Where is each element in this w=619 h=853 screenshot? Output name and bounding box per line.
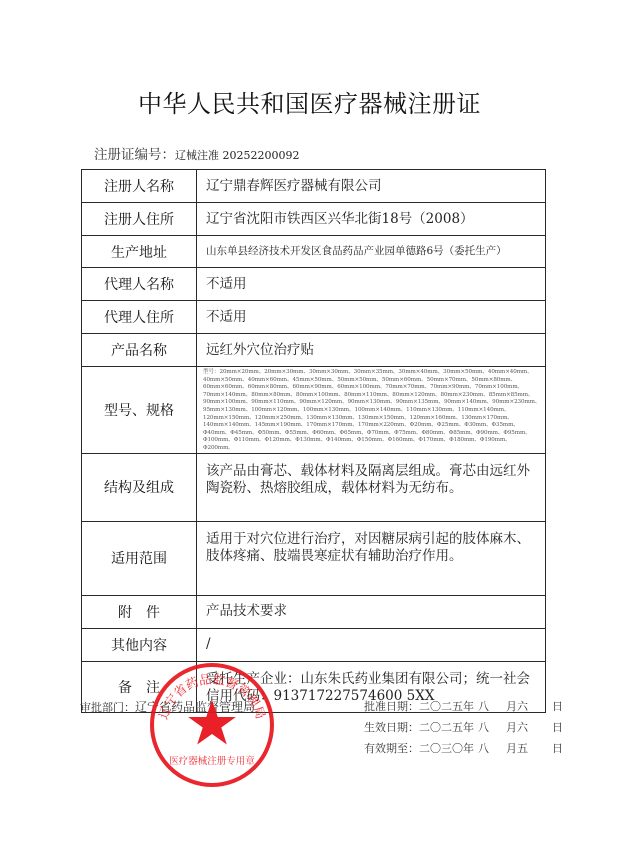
table-row: 注册人住所 辽宁省沈阳市铁西区兴华北街18号（2008） <box>82 203 546 236</box>
table-row: 适用范围 适用于对穴位进行治疗，对因糖尿病引起的肢体麻木、肢体疼痛、肢端畏寒症状… <box>82 521 546 595</box>
field-value: 该产品由膏芯、载体材料及隔离层组成。膏芯由远红外陶瓷粉、热熔胶组成，载体材料为无… <box>197 453 546 521</box>
certificate-table: 注册人名称 辽宁鼎春辉医疗器械有限公司 注册人住所 辽宁省沈阳市铁西区兴华北街1… <box>81 169 546 713</box>
field-value: 不适用 <box>197 301 546 334</box>
table-row: 生产地址 山东单县经济技术开发区食品药品产业园单德路6号（委托生产） <box>82 236 546 268</box>
dates-block: 批准日期：二〇二五年 八 月六 日 生效日期：二〇二五年 八 月六 日 有效期至… <box>364 698 563 761</box>
field-value: 产品技术要求 <box>197 595 546 628</box>
date-label: 有效期至： <box>364 740 419 761</box>
approval-date: 批准日期：二〇二五年 八 月六 日 <box>364 698 563 719</box>
field-label: 其他内容 <box>82 628 197 661</box>
day-unit: 日 <box>552 719 563 740</box>
date-label: 批准日期： <box>364 698 419 719</box>
effective-date: 生效日期：二〇二五年 八 月六 日 <box>364 719 563 740</box>
date-month-unit-day: 月六 <box>506 698 534 719</box>
field-value: / <box>197 628 546 661</box>
table-row: 其他内容 / <box>82 628 546 661</box>
field-value: 型号：20mm×20mm、20mm×30mm、30mm×30mm、30mm×35… <box>197 367 546 454</box>
table-row: 结构及组成 该产品由膏芯、载体材料及隔离层组成。膏芯由远红外陶瓷粉、热熔胶组成，… <box>82 453 546 521</box>
day-unit: 日 <box>552 698 563 719</box>
field-label: 产品名称 <box>82 334 197 367</box>
field-label: 型号、规格 <box>82 367 197 454</box>
field-value: 辽宁省沈阳市铁西区兴华北街18号（2008） <box>197 203 546 236</box>
field-label: 注册人住所 <box>82 203 197 236</box>
field-label: 生产地址 <box>82 236 197 268</box>
date-year: 二〇二五年 <box>419 698 474 719</box>
table-row: 产品名称 远红外穴位治疗贴 <box>82 334 546 367</box>
expiry-date: 有效期至：二〇三〇年 八 月五 日 <box>364 740 563 761</box>
field-label: 注册人名称 <box>82 170 197 203</box>
field-label: 代理人名称 <box>82 268 197 301</box>
month-unit: 月 <box>506 742 517 755</box>
table-row: 附 件 产品技术要求 <box>82 595 546 628</box>
date-month: 八 <box>478 719 500 740</box>
registration-number-value: 辽械注准 20252200092 <box>175 149 299 162</box>
month-unit: 月 <box>506 721 517 734</box>
month-unit: 月 <box>506 700 517 713</box>
field-value: 不适用 <box>197 268 546 301</box>
registration-number: 注册证编号：辽械注准 20252200092 <box>94 143 299 163</box>
seal-bottom-text: 医疗器械注册专用章 <box>169 755 255 767</box>
date-month: 八 <box>478 698 500 719</box>
date-year: 二〇二五年 <box>419 719 474 740</box>
date-month-unit-day: 月五 <box>506 740 534 761</box>
field-value: 适用于对穴位进行治疗，对因糖尿病引起的肢体麻木、肢体疼痛、肢端畏寒症状有辅助治疗… <box>197 521 546 595</box>
field-value: 远红外穴位治疗贴 <box>197 334 546 367</box>
table-row: 代理人名称 不适用 <box>82 268 546 301</box>
date-year: 二〇三〇年 <box>419 740 474 761</box>
date-month-unit-day: 月六 <box>506 719 534 740</box>
table-row: 代理人住所 不适用 <box>82 301 546 334</box>
field-label: 附 件 <box>82 595 197 628</box>
date-day: 五 <box>517 742 528 755</box>
official-seal-icon: 辽宁省药品监督管理局 医疗器械注册专用章 <box>149 662 275 788</box>
table-row: 型号、规格 型号：20mm×20mm、20mm×30mm、30mm×30mm、3… <box>82 367 546 454</box>
registration-number-label: 注册证编号： <box>94 147 175 163</box>
day-unit: 日 <box>552 740 563 761</box>
field-value: 山东单县经济技术开发区食品药品产业园单德路6号（委托生产） <box>197 236 546 268</box>
date-label: 生效日期： <box>364 719 419 740</box>
field-label: 适用范围 <box>82 521 197 595</box>
table-row: 注册人名称 辽宁鼎春辉医疗器械有限公司 <box>82 170 546 203</box>
date-month: 八 <box>478 740 500 761</box>
field-label: 结构及组成 <box>82 453 197 521</box>
document-title: 中华人民共和国医疗器械注册证 <box>0 84 619 119</box>
field-value: 辽宁鼎春辉医疗器械有限公司 <box>197 170 546 203</box>
date-day: 六 <box>517 700 528 713</box>
field-label: 代理人住所 <box>82 301 197 334</box>
date-day: 六 <box>517 721 528 734</box>
approval-department-label: 审批部门： <box>80 701 135 714</box>
